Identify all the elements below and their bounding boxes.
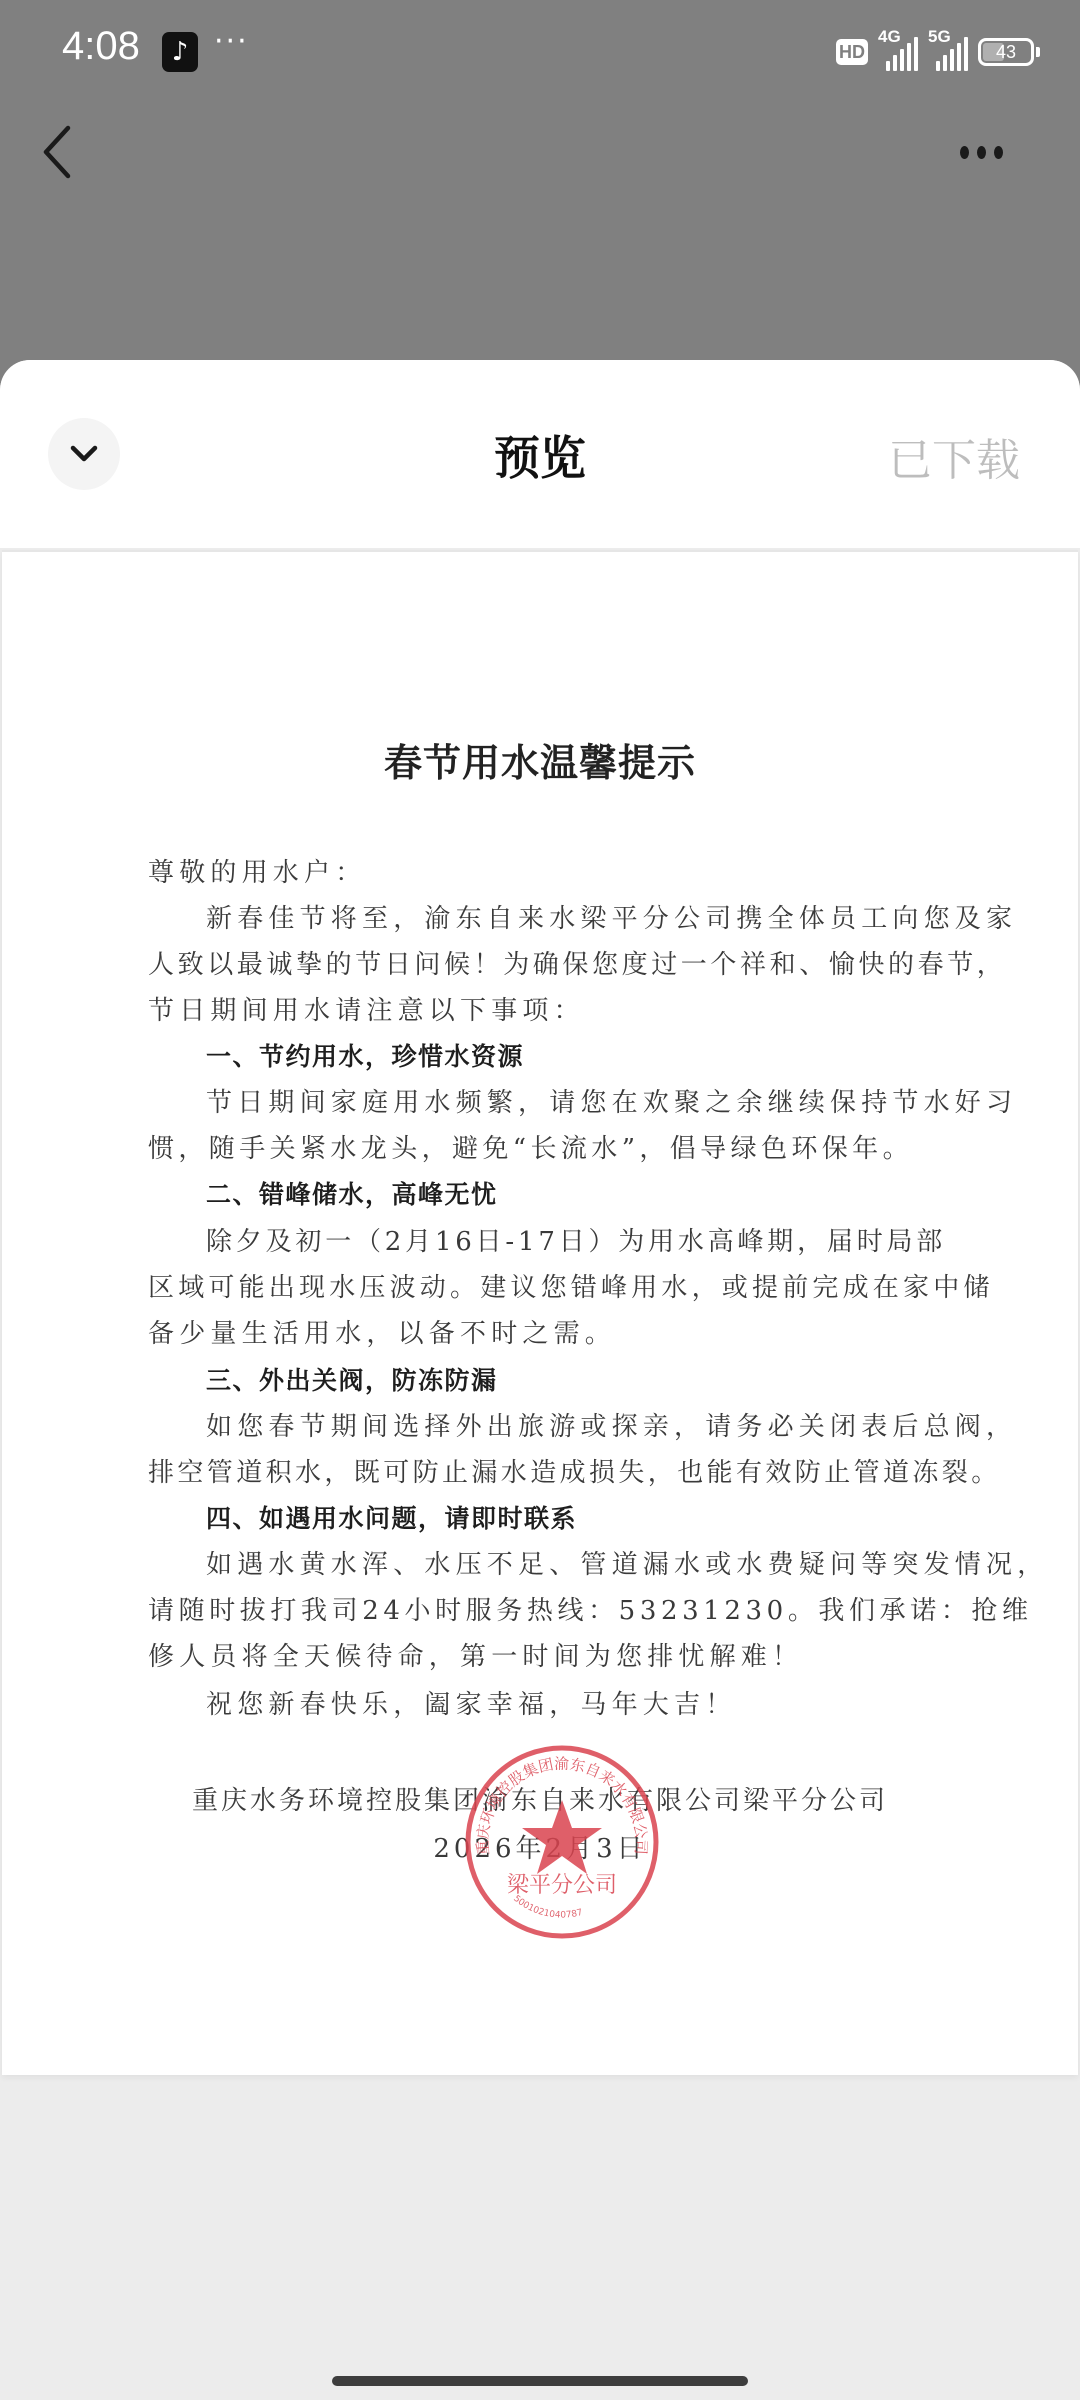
preview-sheet: 预览 已下载 春节用水温馨提示 尊敬的用水户： 新春佳节将至，渝东自来水梁平分公…	[0, 360, 1080, 2400]
paragraph-line: 区域可能出现水压波动。建议您错峰用水，或提前完成在家中储	[148, 1271, 938, 1305]
more-notifications-icon: ···	[214, 24, 249, 59]
battery-level: 43	[996, 42, 1016, 63]
paragraph-line: 节日期间用水请注意以下事项：	[148, 994, 938, 1028]
signal-4g-icon: 4G	[878, 33, 918, 71]
closing-line: 祝您新春快乐，阖家幸福，马年大吉！	[206, 1688, 996, 1722]
paragraph-line: 新春佳节将至，渝东自来水梁平分公司携全体员工向您及家	[206, 902, 996, 936]
company-seal-icon: 重庆环境控股集团渝东自来水有限公司 梁平分公司 5001021040787	[462, 1742, 662, 1942]
document-preview[interactable]: 春节用水温馨提示 尊敬的用水户： 新春佳节将至，渝东自来水梁平分公司携全体员工向…	[2, 550, 1078, 2075]
battery-tip	[1036, 47, 1040, 57]
paragraph-line: 如遇水黄水浑、水压不足、管道漏水或水费疑问等突发情况，	[206, 1548, 996, 1582]
paragraph-line: 修人员将全天候待命，第一时间为您排忧解难！	[148, 1640, 938, 1674]
paragraph-line: 请随时拔打我司24小时服务热线：53231230。我们承诺：抢维	[148, 1594, 938, 1628]
paragraph-line: 除夕及初一（2月16日-17日）为用水高峰期，届时局部	[206, 1225, 996, 1259]
paragraph-line: 惯，随手关紧水龙头，避免“长流水”，倡导绿色环保年。	[148, 1132, 938, 1166]
paragraph-line: 节日期间家庭用水频繁，请您在欢聚之余继续保持节水好习	[206, 1086, 996, 1120]
status-time: 4:08	[62, 24, 140, 69]
status-indicators: HD 4G 5G 43	[836, 30, 1040, 74]
paragraph-line: 如您春节期间选择外出旅游或探亲，请务必关闭表后总阀，	[206, 1410, 996, 1444]
paragraph-line: 备少量生活用水，以备不时之需。	[148, 1317, 938, 1351]
signal-5g-icon: 5G	[928, 33, 968, 71]
paragraph-line: 人致以最诚挚的节日问候！为确保您度过一个祥和、愉快的春节，	[148, 948, 938, 982]
section-heading: 一、节约用水，珍惜水资源	[206, 1040, 996, 1074]
salutation: 尊敬的用水户：	[148, 856, 938, 890]
tiktok-icon: ♪	[162, 32, 198, 72]
download-status: 已下载	[888, 424, 1020, 488]
section-heading: 二、错峰储水，高峰无忧	[206, 1178, 996, 1212]
chevron-left-icon	[38, 124, 78, 180]
more-options-button[interactable]	[960, 140, 1024, 164]
sheet-header: 预览 已下载	[0, 360, 1080, 548]
document-title: 春节用水温馨提示	[2, 732, 1078, 787]
status-bar: 4:08 ♪ ··· HD 4G 5G 43	[0, 0, 1080, 100]
more-horizontal-icon	[960, 146, 969, 159]
svg-text:梁平分公司: 梁平分公司	[507, 1873, 617, 1898]
hd-voice-icon: HD	[836, 39, 868, 65]
back-button[interactable]	[38, 124, 78, 180]
battery-icon: 43	[978, 38, 1034, 66]
paragraph-line: 排空管道积水，既可防止漏水造成损失，也能有效防止管道冻裂。	[148, 1456, 938, 1490]
section-heading: 三、外出关阀，防冻防漏	[206, 1364, 996, 1398]
section-heading: 四、如遇用水问题，请即时联系	[206, 1502, 996, 1536]
home-indicator[interactable]	[332, 2376, 748, 2386]
